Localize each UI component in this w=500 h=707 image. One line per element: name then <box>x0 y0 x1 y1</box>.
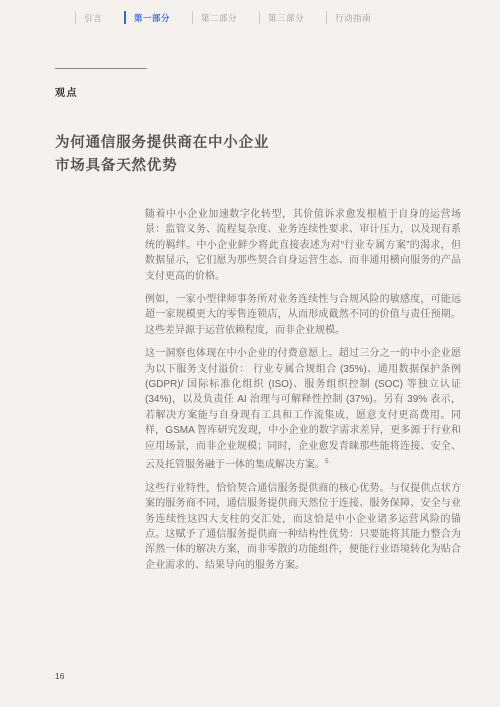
paragraph: 随着中小企业加速数字化转型，其价值诉求愈发根植于自身的运营场景：监管义务、流程复… <box>145 207 461 284</box>
paragraph-text: 这些行业特性，恰恰契合通信服务提供商的核心优势。与仅提供点状方案的服务商不同，通… <box>145 483 461 571</box>
paragraph-text: 这一洞察也体现在中小企业的付费意愿上。超过三分之一的中小企业愿为以下服务支付溢价… <box>145 348 461 470</box>
nav-item-action-guide[interactable]: 行动指南 <box>326 11 371 24</box>
paragraph: 这一洞察也体现在中小企业的付费意愿上。超过三分之一的中小企业愿为以下服务支付溢价… <box>145 346 461 473</box>
nav-item-part-2[interactable]: 第二部分 <box>192 11 237 24</box>
paragraph: 这些行业特性，恰恰契合通信服务提供商的核心优势。与仅提供点状方案的服务商不同，通… <box>145 481 461 573</box>
section-eyebrow-label: 观点 <box>55 84 78 99</box>
nav-item-part-3[interactable]: 第三部分 <box>259 11 304 24</box>
paragraph: 例如，一家小型律师事务所对业务连续性与合规风险的敏感度，可能远超一家规模更大的零… <box>145 292 461 338</box>
document-page: 引言 第一部分 第二部分 第三部分 行动指南 观点 为何通信服务提供商在中小企业… <box>0 0 500 707</box>
page-number: 16 <box>55 671 64 681</box>
page-title: 为何通信服务提供商在中小企业 市场具备天然优势 <box>55 132 269 178</box>
nav-item-introduction[interactable]: 引言 <box>75 11 102 24</box>
article-body: 随着中小企业加速数字化转型，其价值诉求愈发根植于自身的运营场景：监管义务、流程复… <box>145 207 461 581</box>
paragraph-text: 例如，一家小型律师事务所对业务连续性与合规风险的敏感度，可能远超一家规模更大的零… <box>145 294 461 336</box>
nav-item-part-1-active[interactable]: 第一部分 <box>124 11 170 24</box>
footnote-marker: 5 <box>325 458 329 465</box>
section-nav: 引言 第一部分 第二部分 第三部分 行动指南 <box>75 11 371 24</box>
section-divider-rule <box>55 68 147 69</box>
paragraph-text: 随着中小企业加速数字化转型，其价值诉求愈发根植于自身的运营场景：监管义务、流程复… <box>145 209 461 282</box>
